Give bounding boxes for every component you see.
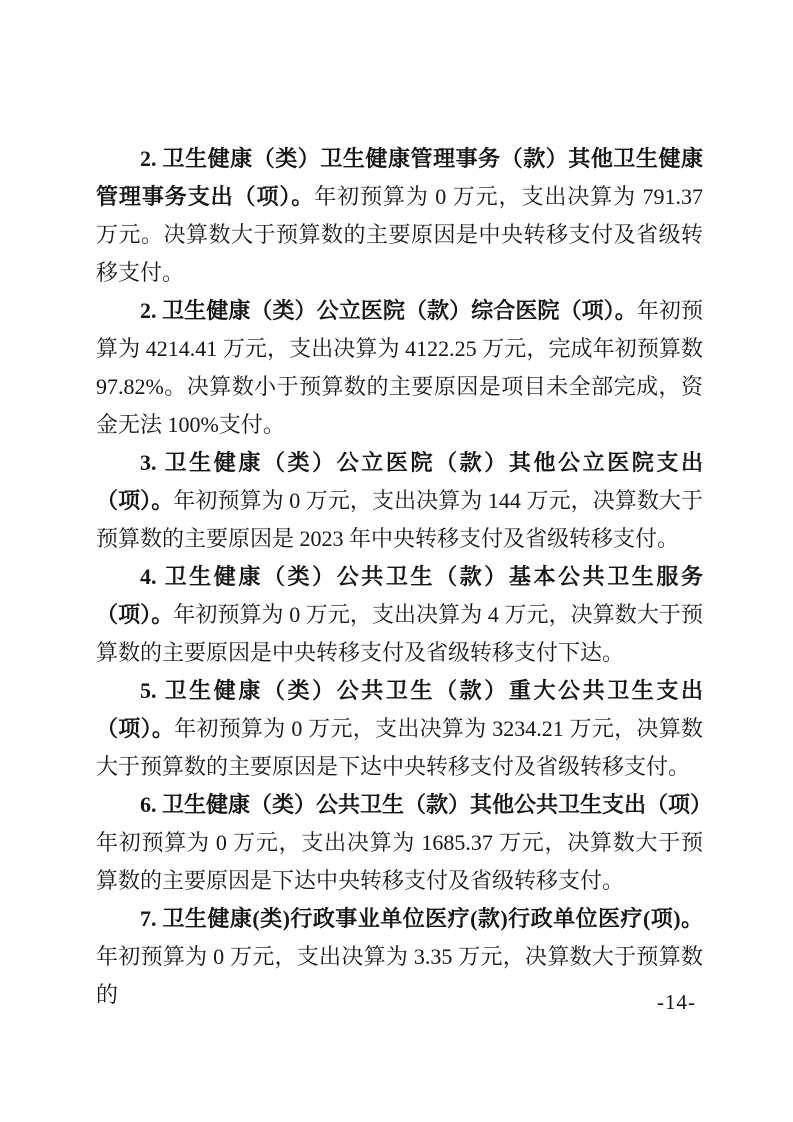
paragraph-body: 年初预算为 0 万元，支出决算为 1685.37 万元，决算数大于预算数的主要原…	[96, 830, 703, 893]
paragraph: 3. 卫生健康（类）公立医院（款）其他公立医院支出（项）。年初预算为 0 万元，…	[96, 444, 703, 558]
paragraph-heading: 7. 卫生健康(类)行政事业单位医疗(款)行政单位医疗(项)。	[140, 906, 703, 931]
paragraph: 6. 卫生健康（类）公共卫生（款）其他公共卫生支出（项）年初预算为 0 万元，支…	[96, 786, 703, 900]
paragraph-body: 年初预算为 0 万元，支出决算为 3.35 万元，决算数大于预算数的	[96, 944, 703, 1007]
paragraph-body: 年初预算为 0 万元，支出决算为 4 万元，决算数大于预算数的主要原因是中央转移…	[96, 602, 703, 665]
paragraph: 4. 卫生健康（类）公共卫生（款）基本公共卫生服务（项）。年初预算为 0 万元，…	[96, 558, 703, 672]
paragraph: 2. 卫生健康（类）卫生健康管理事务（款）其他卫生健康管理事务支出（项）。年初预…	[96, 140, 703, 292]
paragraph: 7. 卫生健康(类)行政事业单位医疗(款)行政单位医疗(项)。年初预算为 0 万…	[96, 900, 703, 1014]
document-page: 2. 卫生健康（类）卫生健康管理事务（款）其他卫生健康管理事务支出（项）。年初预…	[0, 0, 793, 1122]
paragraph: 2. 卫生健康（类）公立医院（款）综合医院（项）。年初预算为 4214.41 万…	[96, 292, 703, 444]
paragraph-heading: 2. 卫生健康（类）公立医院（款）综合医院（项）。	[140, 298, 637, 323]
paragraph-body: 年初预算为 0 万元，支出决算为 3234.21 万元，决算数大于预算数的主要原…	[96, 716, 703, 779]
paragraph: 5. 卫生健康（类）公共卫生（款）重大公共卫生支出（项）。年初预算为 0 万元，…	[96, 672, 703, 786]
document-body: 2. 卫生健康（类）卫生健康管理事务（款）其他卫生健康管理事务支出（项）。年初预…	[96, 140, 703, 1014]
paragraph-body: 年初预算为 0 万元，支出决算为 144 万元，决算数大于预算数的主要原因是 2…	[96, 488, 703, 551]
page-number: -14-	[657, 990, 696, 1014]
paragraph-heading: 6. 卫生健康（类）公共卫生（款）其他公共卫生支出（项）	[140, 792, 712, 817]
